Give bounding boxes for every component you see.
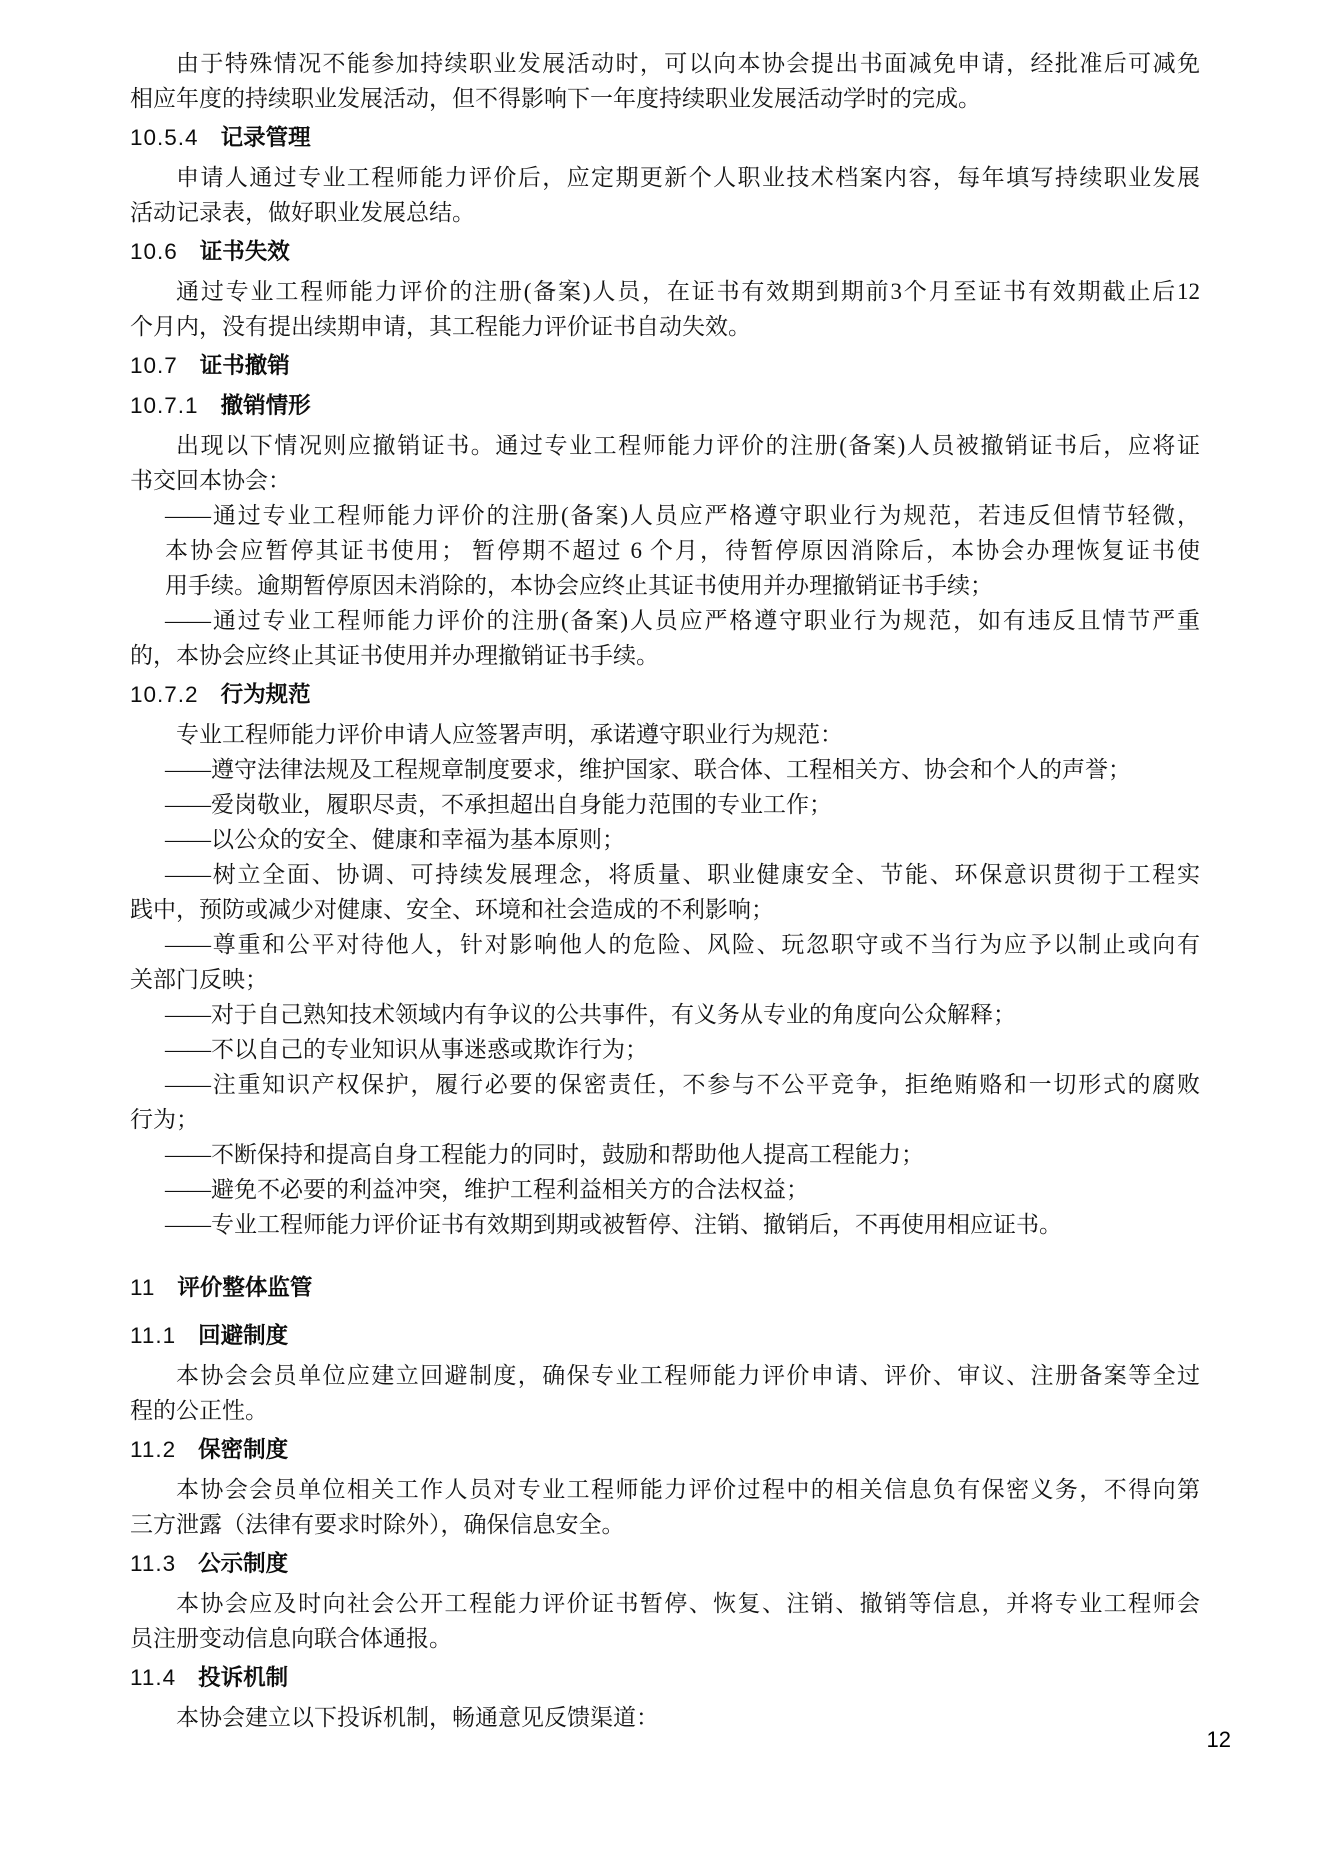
text-line: ——遵守法律法规及工程规章制度要求，维护国家、联合体、工程相关方、协会和个人的声… [130,752,1200,787]
section-title: 回避制度 [198,1323,288,1348]
section-title: 保密制度 [198,1437,288,1462]
section-title: 投诉机制 [198,1665,288,1690]
text-line: ——避免不必要的利益冲突，维护工程利益相关方的合法权益； [130,1172,1200,1207]
text-line: 关部门反映； [130,962,1200,997]
section-heading: 10.7.2行为规范 [130,677,1200,713]
paragraph: 本协会建立以下投诉机制，畅通意见反馈渠道： [130,1700,1200,1735]
paragraph: 专业工程师能力评价申请人应签署声明，承诺遵守职业行为规范：——遵守法律法规及工程… [130,717,1200,1242]
text-line: 活动记录表，做好职业发展总结。 [130,195,1200,230]
document-page: 由于特殊情况不能参加持续职业发展活动时，可以向本协会提出书面减免申请，经批准后可… [0,0,1323,1871]
paragraph: 出现以下情况则应撤销证书。通过专业工程师能力评价的注册(备案)人员被撤销证书后，… [130,428,1200,673]
section-title: 撤销情形 [221,393,311,418]
section-number: 10.7.2 [130,682,199,707]
text-line: ——对于自己熟知技术领域内有争议的公共事件，有义务从专业的角度向公众解释； [130,997,1200,1032]
paragraph: 通过专业工程师能力评价的注册(备案)人员，在证书有效期到期前3个月至证书有效期截… [130,274,1200,344]
paragraph: 本协会应及时向社会公开工程能力评价证书暂停、恢复、注销、撤销等信息，并将专业工程… [130,1586,1200,1656]
text-line: 三方泄露（法律有要求时除外），确保信息安全。 [130,1507,1200,1542]
section-heading: 10.7.1撤销情形 [130,388,1200,424]
text-line: 践中，预防或减少对健康、安全、环境和社会造成的不利影响； [130,892,1200,927]
section-number: 10.5.4 [130,125,199,150]
section-heading: 11.1回避制度 [130,1318,1200,1354]
section-heading: 11.4投诉机制 [130,1660,1200,1696]
paragraph: 由于特殊情况不能参加持续职业发展活动时，可以向本协会提出书面减免申请，经批准后可… [130,46,1200,116]
text-line: ——不以自己的专业知识从事迷惑或欺诈行为； [130,1032,1200,1067]
text-line: 个月内，没有提出续期申请，其工程能力评价证书自动失效。 [130,309,1200,344]
section-number: 11.1 [130,1323,176,1348]
text-line: 相应年度的持续职业发展活动，但不得影响下一年度持续职业发展活动学时的完成。 [130,81,1200,116]
text-line: ——尊重和公平对待他人，针对影响他人的危险、风险、玩忽职守或不当行为应予以制止或… [130,927,1200,962]
text-line: ——注重知识产权保护，履行必要的保密责任，不参与不公平竞争，拒绝贿赂和一切形式的… [130,1067,1200,1102]
section-heading: 10.6证书失效 [130,234,1200,270]
section-heading: 10.5.4记录管理 [130,120,1200,156]
text-line: 专业工程师能力评价申请人应签署声明，承诺遵守职业行为规范： [130,717,1200,752]
text-line: 由于特殊情况不能参加持续职业发展活动时，可以向本协会提出书面减免申请，经批准后可… [130,46,1200,81]
text-line: 本协会建立以下投诉机制，畅通意见反馈渠道： [130,1700,1200,1735]
text-line: 本协会会员单位应建立回避制度，确保专业工程师能力评价申请、评价、审议、注册备案等… [130,1358,1200,1393]
section-number: 11.4 [130,1665,176,1690]
section-title: 证书失效 [200,239,290,264]
text-line: ——爱岗敬业，履职尽责，不承担超出自身能力范围的专业工作； [130,787,1200,822]
section-number: 11.3 [130,1551,176,1576]
section-number: 10.7.1 [130,393,199,418]
paragraph: 申请人通过专业工程师能力评价后，应定期更新个人职业技术档案内容，每年填写持续职业… [130,160,1200,230]
section-number: 10.6 [130,239,178,264]
text-line: 员注册变动信息向联合体通报。 [130,1621,1200,1656]
text-line: ——通过专业工程师能力评价的注册(备案)人员应严格遵守职业行为规范，如有违反且情… [130,603,1200,638]
document-body: 由于特殊情况不能参加持续职业发展活动时，可以向本协会提出书面减免申请，经批准后可… [130,46,1200,1735]
section-number: 11 [130,1275,155,1300]
page-number: 12 [1207,1727,1231,1753]
text-line: ——树立全面、协调、可持续发展理念，将质量、职业健康安全、节能、环保意识贯彻于工… [130,857,1200,892]
text-line: 行为； [130,1102,1200,1137]
section-heading: 10.7证书撤销 [130,348,1200,384]
section-number: 10.7 [130,353,178,378]
paragraph: 本协会会员单位应建立回避制度，确保专业工程师能力评价申请、评价、审议、注册备案等… [130,1358,1200,1428]
section-title: 证书撤销 [200,353,290,378]
text-line: ——以公众的安全、健康和幸福为基本原则； [130,822,1200,857]
section-title: 公示制度 [198,1551,288,1576]
text-line: 书交回本协会： [130,463,1200,498]
section-heading: 11.2保密制度 [130,1432,1200,1468]
text-line: ——通过专业工程师能力评价的注册(备案)人员应严格遵守职业行为规范，若违反但情节… [130,498,1200,533]
text-line: 出现以下情况则应撤销证书。通过专业工程师能力评价的注册(备案)人员被撤销证书后，… [130,428,1200,463]
section-title: 评价整体监管 [177,1275,312,1300]
text-line: 本协会应暂停其证书使用； 暂停期不超过 6 个月，待暂停原因消除后，本协会办理恢… [130,533,1200,568]
paragraph: 本协会会员单位相关工作人员对专业工程师能力评价过程中的相关信息负有保密义务，不得… [130,1472,1200,1542]
section-heading: 11评价整体监管 [130,1270,1200,1306]
text-line: 申请人通过专业工程师能力评价后，应定期更新个人职业技术档案内容，每年填写持续职业… [130,160,1200,195]
text-line: ——不断保持和提高自身工程能力的同时，鼓励和帮助他人提高工程能力； [130,1137,1200,1172]
section-title: 行为规范 [221,682,311,707]
text-line: 程的公正性。 [130,1393,1200,1428]
text-line: 本协会应及时向社会公开工程能力评价证书暂停、恢复、注销、撤销等信息，并将专业工程… [130,1586,1200,1621]
section-number: 11.2 [130,1437,176,1462]
text-line: 用手续。逾期暂停原因未消除的，本协会应终止其证书使用并办理撤销证书手续； [130,568,1200,603]
text-line: 本协会会员单位相关工作人员对专业工程师能力评价过程中的相关信息负有保密义务，不得… [130,1472,1200,1507]
text-line: 的，本协会应终止其证书使用并办理撤销证书手续。 [130,638,1200,673]
text-line: ——专业工程师能力评价证书有效期到期或被暂停、注销、撤销后，不再使用相应证书。 [130,1207,1200,1242]
section-title: 记录管理 [221,125,311,150]
text-line: 通过专业工程师能力评价的注册(备案)人员，在证书有效期到期前3个月至证书有效期截… [130,274,1200,309]
section-heading: 11.3公示制度 [130,1546,1200,1582]
